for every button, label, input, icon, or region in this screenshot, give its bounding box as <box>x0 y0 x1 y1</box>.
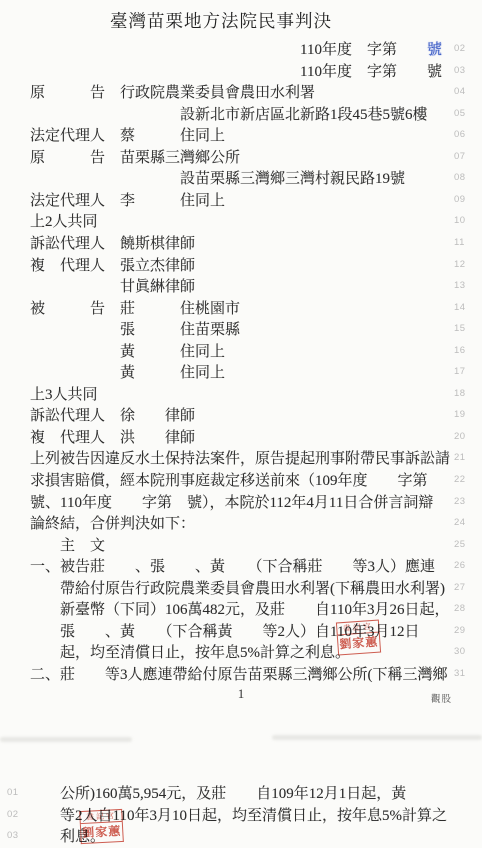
line-number: 20 <box>454 431 466 442</box>
scanned-judgment-page: 臺灣苗栗地方法院民事判決 110年度 字第 號02110年度 字第 號03原 告… <box>0 0 482 848</box>
line-number: 10 <box>454 215 466 226</box>
judgment-line: 公所)160萬5,954元，及莊 自109年12月1日起，黃 <box>30 782 406 803</box>
judgment-line: 法定代理人 蔡 住同上 <box>30 124 225 145</box>
page-number: 1 <box>0 686 482 702</box>
clerk-seal-stamp: 書記官 劉家蕙 <box>79 809 124 844</box>
line-number: 15 <box>454 323 466 334</box>
line-number: 06 <box>454 129 466 140</box>
court-division-label: 觀股 <box>431 691 452 705</box>
judgment-line: 帶給付原告行政院農業委員會農田水利署(下稱農田水利署) <box>30 577 445 598</box>
scan-artifact <box>0 737 132 742</box>
line-number: 31 <box>454 668 466 679</box>
judgment-line: 原 告 苗栗縣三灣鄉公所 <box>30 146 240 167</box>
line-number: 25 <box>454 539 466 550</box>
judgment-line: 上列被告因違反水土保持法案件，原告提起刑事附帶民事訴訟請 <box>30 447 450 468</box>
judgment-line: 設苗栗縣三灣鄉三灣村親民路19號 <box>30 167 405 188</box>
clerk-seal-name: 劉家蕙 <box>337 633 381 656</box>
scan-artifact <box>272 735 482 740</box>
line-number: 05 <box>454 108 466 119</box>
judgment-line: 設新北市新店區北新路1段45巷5號6樓 <box>30 103 428 124</box>
judgment-line: 110年度 字第 號 <box>300 60 442 81</box>
line-number: 02 <box>454 43 466 54</box>
line-number: 04 <box>454 86 466 97</box>
clerk-seal-stamp: 書記官 劉家蕙 <box>336 620 381 656</box>
judgment-line: 一、被告莊 、張 、黃 （下合稱莊 等3人）應連 <box>30 555 435 576</box>
judgment-title: 臺灣苗栗地方法院民事判決 <box>0 8 442 33</box>
judgment-line: 訴訟代理人 饒斯棋律師 <box>30 232 195 253</box>
line-number: 09 <box>454 194 466 205</box>
line-number: 18 <box>454 388 466 399</box>
judgment-line: 論終結，合併判決如下： <box>30 512 195 533</box>
judgment-line: 甘眞綝律師 <box>30 275 195 296</box>
line-number: 02 <box>7 809 19 820</box>
line-number: 01 <box>7 787 19 798</box>
judgment-line: 法定代理人 李 住同上 <box>30 189 225 210</box>
line-number: 14 <box>454 302 466 313</box>
judgment-line: 複 代理人 洪 律師 <box>30 426 195 447</box>
judgment-line: 號、110年度 字第 號），本院於112年4月11日合併言詞辯 <box>30 491 433 512</box>
line-number: 03 <box>7 830 19 841</box>
line-number: 17 <box>454 366 466 377</box>
line-number: 27 <box>454 582 466 593</box>
judgment-line: 被 告 莊 住桃園市 <box>30 297 240 318</box>
line-number: 08 <box>454 172 466 183</box>
line-number: 07 <box>454 151 466 162</box>
line-number: 21 <box>454 452 466 463</box>
judgment-line: 二、莊 等3人應連帶給付原告苗栗縣三灣鄉公所(下稱三灣鄉 <box>30 663 448 684</box>
line-number: 11 <box>454 237 465 248</box>
line-number: 23 <box>454 496 466 507</box>
line-number: 24 <box>454 517 466 528</box>
judgment-line: 上3人共同 <box>30 383 98 404</box>
judgment-line: 張 住苗栗縣 <box>30 318 240 339</box>
judgment-line: 新臺幣（下同）106萬482元，及莊 自110年3月26日起， <box>30 598 449 619</box>
judgment-line: 複 代理人 張立杰律師 <box>30 254 195 275</box>
line-number: 30 <box>454 646 466 657</box>
judgment-line: 110年度 字第 號 <box>300 38 442 59</box>
line-number: 26 <box>454 560 466 571</box>
line-number: 13 <box>454 280 466 291</box>
judgment-line: 上2人共同 <box>30 210 98 231</box>
line-number: 19 <box>454 409 466 420</box>
clerk-seal-name: 劉家蕙 <box>80 822 124 844</box>
line-number: 03 <box>454 65 466 76</box>
line-number: 22 <box>454 474 466 485</box>
judgment-line: 黃 住同上 <box>30 340 225 361</box>
judgment-line: 求損害賠償，經本院刑事庭裁定移送前來（109年度 字第 <box>30 469 428 490</box>
judgment-line: 訴訟代理人 徐 律師 <box>30 404 195 425</box>
highlighted-char: 號 <box>427 42 442 58</box>
line-number: 29 <box>454 625 466 636</box>
judgment-line: 原 告 行政院農業委員會農田水利署 <box>30 81 315 102</box>
judgment-line: 主 文 <box>30 534 105 555</box>
line-number: 28 <box>454 603 466 614</box>
judgment-line: 起，均至清償日止，按年息5%計算之利息。 <box>30 641 350 662</box>
line-number: 12 <box>454 259 466 270</box>
judgment-line: 黃 住同上 <box>30 361 225 382</box>
line-number: 16 <box>454 345 466 356</box>
